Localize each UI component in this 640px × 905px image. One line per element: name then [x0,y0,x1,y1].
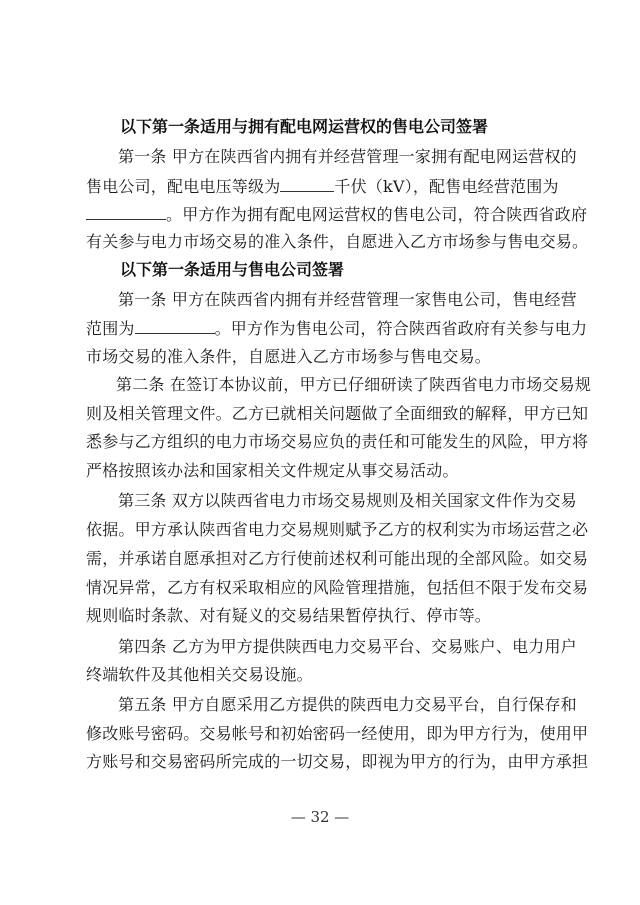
paragraph-line: 有关参与电力市场交易的准入条件，自愿进入乙方市场参与售电交易。 [86,228,558,256]
text-segment: 千伏（kV），配售电经营范围为 [334,177,558,196]
fill-in-blank-voltage [280,175,334,192]
paragraph-line: 需，并承诺自愿承担对乙方行使前述权利可能出现的全部风险。如交易 [86,545,558,573]
paragraph-line: 第三条 双方以陕西省电力市场交易规则及相关国家文件作为交易 [118,487,558,515]
paragraph-line: 终端软件及其他相关交易设施。 [86,661,558,689]
paragraph-line: 严格按照该办法和国家相关文件规定从事交易活动。 [86,457,558,485]
paragraph-line: 第一条 甲方在陕西省内拥有并经营管理一家售电公司，售电经营 [118,286,558,314]
paragraph-line: 情况异常，乙方有权采取相应的风险管理措施，包括但不限于发布交易 [86,574,558,602]
paragraph-line: 第二条 在签订本协议前，甲方已仔细研读了陕西省电力市场交易规 [116,371,558,399]
fill-in-blank-scope [86,203,166,220]
paragraph-line: 依据。甲方承认陕西省电力交易规则赋予乙方的权利实为市场运营之必 [86,516,558,544]
paragraph-line: 第一条 甲方在陕西省内拥有并经营管理一家拥有配电网运营权的 [118,143,558,171]
text-segment: 范围为 [86,319,135,338]
fill-in-blank-scope [135,317,215,334]
paragraph-line: 则及相关管理文件。乙方已就相关问题做了全面细致的解释，甲方已知 [86,400,558,428]
page-number: — 32 — [0,808,640,826]
paragraph-line: 售电公司，配电电压等级为千伏（kV），配售电经营范围为 [86,173,558,201]
paragraph-line: 第四条 乙方为甲方提供陕西电力交易平台、交易账户、电力用户 [118,633,558,661]
paragraph-line: 悉参与乙方组织的电力市场交易应负的责任和可能发生的风险，甲方将 [86,428,558,456]
paragraph-line: 第五条 甲方自愿采用乙方提供的陕西电力交易平台，自行保存和 [118,691,558,719]
paragraph-line: 市场交易的准入条件，自愿进入乙方市场参与售电交易。 [86,343,558,371]
paragraph-line: 方账号和交易密码所完成的一切交易，即视为甲方的行为，由甲方承担 [86,748,558,776]
paragraph-line: 规则临时条款、对有疑义的交易结果暂停执行、停市等。 [86,602,558,630]
text-segment: 。甲方作为拥有配电网运营权的售电公司，符合陕西省政府 [166,205,587,224]
document-page: 以下第一条适用与拥有配电网运营权的售电公司签署 第一条 甲方在陕西省内拥有并经营… [0,0,640,905]
section-heading-distribution-grid: 以下第一条适用与拥有配电网运营权的售电公司签署 [120,113,488,141]
paragraph-line: 范围为。甲方作为售电公司，符合陕西省政府有关参与电力 [86,315,558,343]
section-heading-retail: 以下第一条适用与售电公司签署 [120,256,344,284]
paragraph-line: 。甲方作为拥有配电网运营权的售电公司，符合陕西省政府 [86,201,558,229]
paragraph-line: 修改账号密码。交易帐号和初始密码一经使用，即为甲方行为，使用甲 [86,720,558,748]
text-segment: 售电公司，配电电压等级为 [86,177,280,196]
text-segment: 。甲方作为售电公司，符合陕西省政府有关参与电力 [215,319,588,338]
